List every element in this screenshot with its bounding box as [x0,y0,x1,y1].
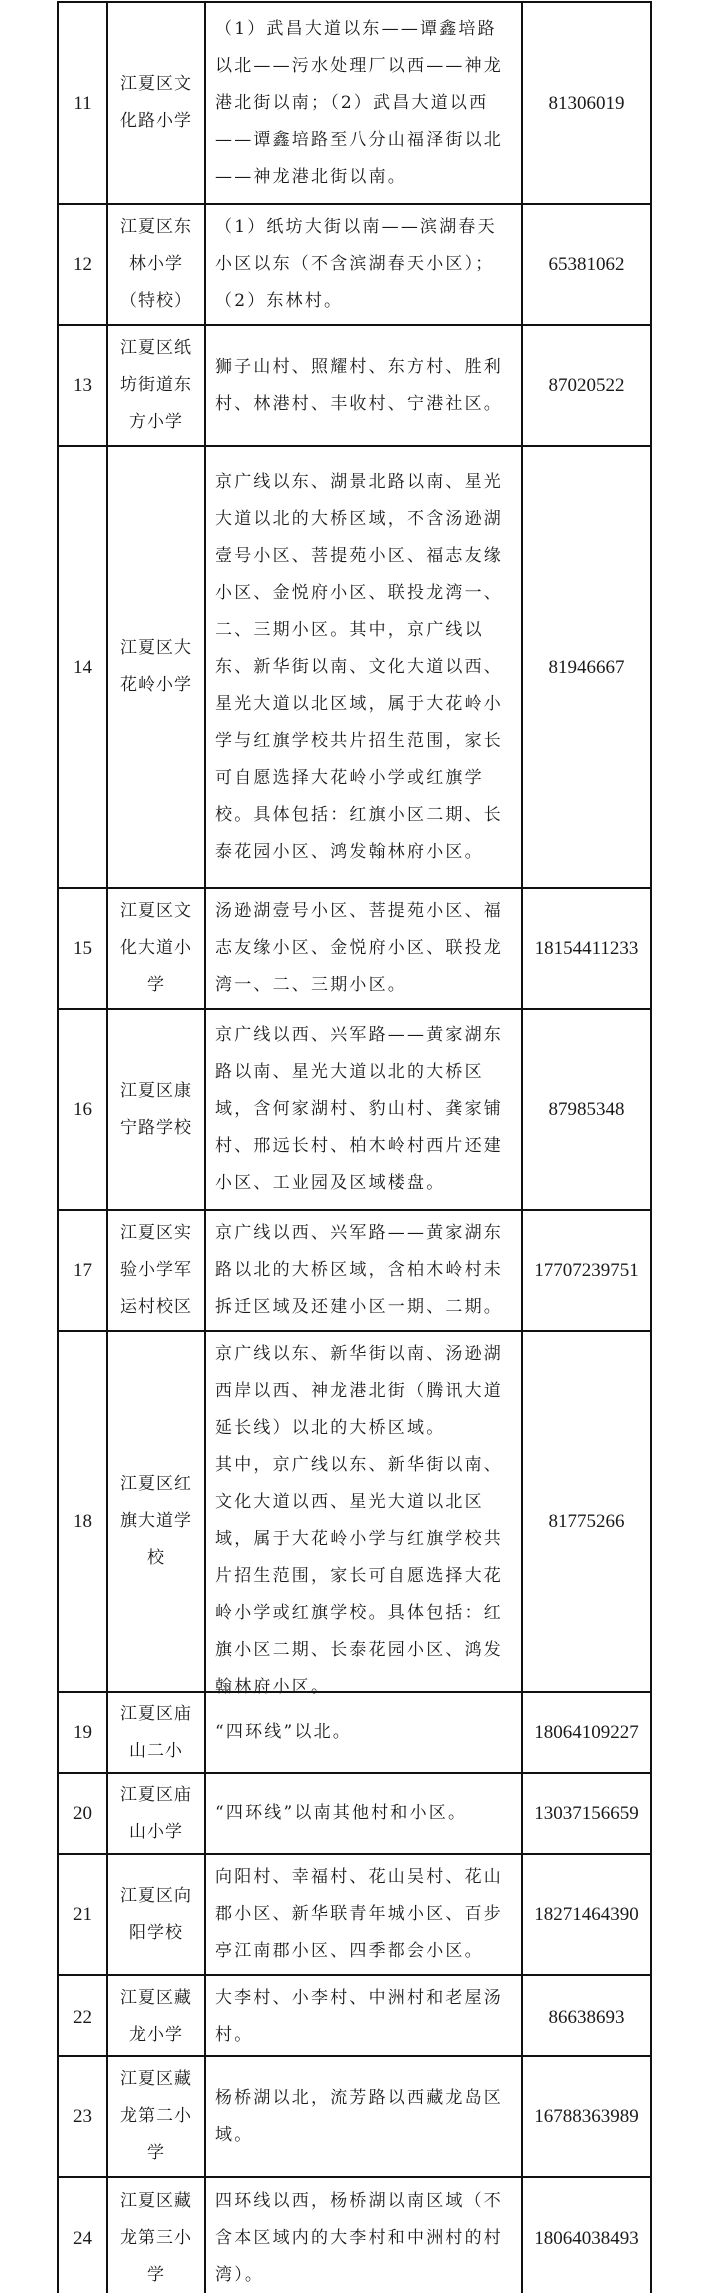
phone-number: 18064038493 [521,2178,650,2293]
table-row: 16 江夏区康宁路学校 京广线以西、兴军路——黄家湖东路以南、星光大道以北的大桥… [59,1010,650,1211]
enrollment-range-cell: “四环线”以北。 [204,1693,521,1772]
row-number: 14 [59,447,106,887]
table-row: 12 江夏区东林小学（特校） （1）纸坊大街以南——滨湖春天小区以东（不含滨湖春… [59,205,650,326]
enrollment-range: 京广线以西、兴军路——黄家湖东路以北的大桥区域，含柏木岭村未拆迁区域及还建小区一… [215,1215,513,1326]
enrollment-range-part-1: 京广线以东、新华街以南、汤逊湖西岸以西、神龙港北街（腾讯大道延长线）以北的大桥区… [215,1336,513,1447]
table-row: 17 江夏区实验小学军运村校区 京广线以西、兴军路——黄家湖东路以北的大桥区域，… [59,1211,650,1332]
phone-number: 81775266 [521,1332,650,1710]
school-name-cell: 江夏区实验小学军运村校区 [106,1211,204,1330]
school-name: 江夏区藏龙第二小学 [118,2061,194,2172]
enrollment-range: 京广线以西、兴军路——黄家湖东路以南、星光大道以北的大桥区域，含何家湖村、豹山村… [215,1017,513,1202]
school-name: 江夏区藏龙第三小学 [118,2183,194,2293]
table-row: 18 江夏区红旗大道学校 京广线以东、新华街以南、汤逊湖西岸以西、神龙港北街（腾… [59,1332,650,1693]
school-name: 江夏区红旗大道学校 [118,1466,194,1577]
phone-number: 18271464390 [521,1855,650,1974]
enrollment-range: “四环线”以北。 [215,1714,352,1751]
phone-number: 87020522 [521,326,650,445]
school-name: 江夏区文化大道小学 [118,893,194,1004]
row-number: 22 [59,1976,106,2058]
row-number: 11 [59,3,106,203]
enrollment-range: 杨桥湖以北，流芳路以西藏龙岛区域。 [215,2080,513,2154]
row-number: 18 [59,1332,106,1710]
phone-number: 16788363989 [521,2057,650,2176]
school-name: 江夏区东林小学（特校） [118,209,194,320]
row-number: 15 [59,889,106,1008]
school-name-cell: 江夏区藏龙第二小学 [106,2057,204,2176]
table-row: 11 江夏区文化路小学 （1）武昌大道以东——谭鑫培路以北——污水处理厂以西——… [59,3,650,205]
row-number: 23 [59,2057,106,2176]
school-name-cell: 江夏区红旗大道学校 [106,1332,204,1710]
row-number: 13 [59,326,106,445]
phone-number: 65381062 [521,205,650,324]
enrollment-range: （1）武昌大道以东——谭鑫培路以北——污水处理厂以西——神龙港北街以南；（2）武… [215,11,513,196]
enrollment-range-cell: （1）纸坊大街以南——滨湖春天小区以东（不含滨湖春天小区）；（2）东林村。 [204,205,521,324]
enrollment-range: 向阳村、幸福村、花山吴村、花山郡小区、新华联青年城小区、百步亭江南郡小区、四季都… [215,1859,513,1970]
table-row: 15 江夏区文化大道小学 汤逊湖壹号小区、菩提苑小区、福志友缘小区、金悦府小区、… [59,889,650,1010]
school-name-cell: 江夏区藏龙第三小学 [106,2178,204,2293]
row-number: 21 [59,1855,106,1974]
row-number: 17 [59,1211,106,1330]
table-row: 20 江夏区庙山小学 “四环线”以南其他村和小区。 13037156659 [59,1774,650,1855]
school-name-cell: 江夏区文化大道小学 [106,889,204,1008]
enrollment-range-cell: 狮子山村、照耀村、东方村、胜利村、林港村、丰收村、宁港社区。 [204,326,521,445]
table-row: 23 江夏区藏龙第二小学 杨桥湖以北，流芳路以西藏龙岛区域。 167883639… [59,2057,650,2178]
phone-number: 81306019 [521,3,650,203]
school-name: 江夏区文化路小学 [118,66,194,140]
school-name-cell: 江夏区庙山小学 [106,1774,204,1853]
phone-number: 17707239751 [521,1211,650,1330]
school-name-cell: 江夏区庙山二小 [106,1693,204,1772]
enrollment-range: 四环线以西，杨桥湖以南区域（不含本区域内的大李村和中洲村的村湾）。 [215,2183,513,2293]
table-row: 13 江夏区纸坊街道东方小学 狮子山村、照耀村、东方村、胜利村、林港村、丰收村、… [59,326,650,447]
enrollment-range: “四环线”以南其他村和小区。 [215,1795,467,1832]
table-row: 21 江夏区向阳学校 向阳村、幸福村、花山吴村、花山郡小区、新华联青年城小区、百… [59,1855,650,1976]
table-row: 22 江夏区藏龙小学 大李村、小李村、中洲村和老屋汤村。 86638693 [59,1976,650,2057]
enrollment-range: 汤逊湖壹号小区、菩提苑小区、福志友缘小区、金悦府小区、联投龙湾一、二、三期小区。 [215,893,513,1004]
enrollment-range-cell: “四环线”以南其他村和小区。 [204,1774,521,1853]
school-name-cell: 江夏区康宁路学校 [106,1010,204,1209]
school-name: 江夏区实验小学军运村校区 [118,1215,194,1326]
table-row: 19 江夏区庙山二小 “四环线”以北。 18064109227 [59,1693,650,1774]
school-name: 江夏区大花岭小学 [118,630,194,704]
school-name-cell: 江夏区文化路小学 [106,3,204,203]
enrollment-range-cell: 四环线以西，杨桥湖以南区域（不含本区域内的大李村和中洲村的村湾）。 [204,2178,521,2293]
row-number: 16 [59,1010,106,1209]
row-number: 20 [59,1774,106,1853]
school-name-cell: 江夏区纸坊街道东方小学 [106,326,204,445]
school-name: 江夏区康宁路学校 [118,1073,194,1147]
enrollment-range: （1）纸坊大街以南——滨湖春天小区以东（不含滨湖春天小区）；（2）东林村。 [215,209,513,320]
school-name: 江夏区藏龙小学 [118,1980,194,2054]
enrollment-range-part-2: 其中，京广线以东、新华街以南、文化大道以西、星光大道以北区域，属于大花岭小学与红… [215,1447,513,1706]
row-number: 24 [59,2178,106,2293]
enrollment-range-cell: 大李村、小李村、中洲村和老屋汤村。 [204,1976,521,2058]
school-name-cell: 江夏区东林小学（特校） [106,205,204,324]
school-district-table: 11 江夏区文化路小学 （1）武昌大道以东——谭鑫培路以北——污水处理厂以西——… [57,1,652,2293]
enrollment-range-cell: 京广线以东、新华街以南、汤逊湖西岸以西、神龙港北街（腾讯大道延长线）以北的大桥区… [204,1332,521,1710]
table-row: 14 江夏区大花岭小学 京广线以东、湖景北路以南、星光大道以北的大桥区域，不含汤… [59,447,650,889]
phone-number: 81946667 [521,447,650,887]
school-name: 江夏区纸坊街道东方小学 [118,330,194,441]
school-name: 江夏区向阳学校 [118,1878,194,1952]
enrollment-range-cell: 京广线以西、兴军路——黄家湖东路以南、星光大道以北的大桥区域，含何家湖村、豹山村… [204,1010,521,1209]
school-name-cell: 江夏区向阳学校 [106,1855,204,1974]
table-row: 24 江夏区藏龙第三小学 四环线以西，杨桥湖以南区域（不含本区域内的大李村和中洲… [59,2178,650,2293]
phone-number: 13037156659 [521,1774,650,1853]
school-name: 江夏区庙山二小 [118,1696,194,1770]
school-name: 江夏区庙山小学 [118,1777,194,1851]
phone-number: 87985348 [521,1010,650,1209]
row-number: 19 [59,1693,106,1772]
enrollment-range: 大李村、小李村、中洲村和老屋汤村。 [215,1980,513,2054]
enrollment-range-cell: 杨桥湖以北，流芳路以西藏龙岛区域。 [204,2057,521,2176]
enrollment-range-cell: 汤逊湖壹号小区、菩提苑小区、福志友缘小区、金悦府小区、联投龙湾一、二、三期小区。 [204,889,521,1008]
phone-number: 18154411233 [521,889,650,1008]
enrollment-range: 京广线以东、湖景北路以南、星光大道以北的大桥区域，不含汤逊湖壹号小区、菩提苑小区… [215,464,513,871]
school-name-cell: 江夏区藏龙小学 [106,1976,204,2058]
enrollment-range-cell: 向阳村、幸福村、花山吴村、花山郡小区、新华联青年城小区、百步亭江南郡小区、四季都… [204,1855,521,1974]
phone-number: 18064109227 [521,1693,650,1772]
phone-number: 86638693 [521,1976,650,2058]
enrollment-range-cell: （1）武昌大道以东——谭鑫培路以北——污水处理厂以西——神龙港北街以南；（2）武… [204,3,521,203]
enrollment-range: 狮子山村、照耀村、东方村、胜利村、林港村、丰收村、宁港社区。 [215,349,513,423]
row-number: 12 [59,205,106,324]
enrollment-range-cell: 京广线以东、湖景北路以南、星光大道以北的大桥区域，不含汤逊湖壹号小区、菩提苑小区… [204,447,521,887]
enrollment-range-cell: 京广线以西、兴军路——黄家湖东路以北的大桥区域，含柏木岭村未拆迁区域及还建小区一… [204,1211,521,1330]
school-name-cell: 江夏区大花岭小学 [106,447,204,887]
